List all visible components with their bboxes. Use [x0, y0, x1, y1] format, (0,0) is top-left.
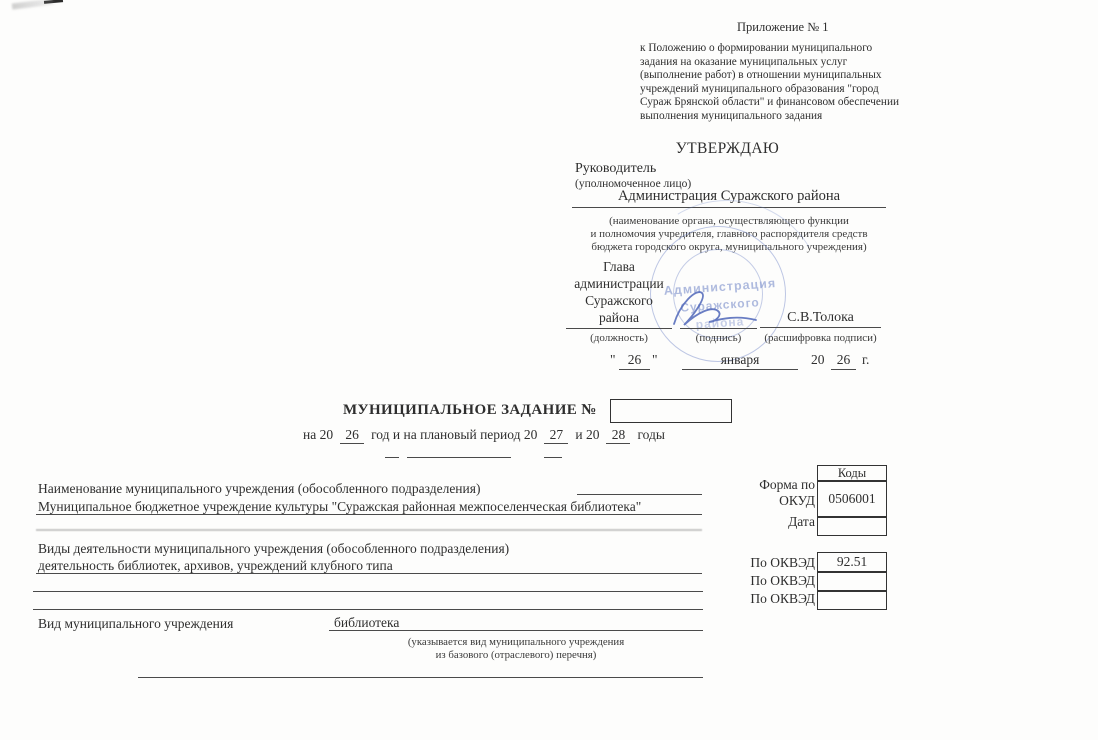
scanned-document-page: Приложение № 1 к Положению о формировани…	[0, 0, 1098, 740]
type-value: библиотека	[334, 615, 399, 631]
type-caption-line: (указывается вид муниципального учрежден…	[330, 636, 702, 649]
position-field: Глава администрации Суражского района	[566, 258, 672, 329]
date-code-label: Дата	[735, 514, 815, 530]
appendix-note-line: (выполнение работ) в отношении муниципал…	[640, 69, 952, 83]
task-number-box	[610, 399, 732, 423]
year2-field: 27	[544, 427, 568, 444]
bottom-blank-line	[138, 677, 703, 678]
approve-heading: УТВЕРЖДАЮ	[640, 140, 815, 158]
position-line: Суражского	[566, 292, 672, 309]
date-month-field: января	[682, 352, 798, 370]
okud-label-line: ОКУД	[735, 493, 815, 509]
okved-label: По ОКВЭД	[735, 591, 815, 607]
name-value: Муниципальное бюджетное учреждение культ…	[38, 499, 641, 515]
activity-label: Виды деятельности муниципального учрежде…	[38, 541, 509, 557]
name-underline	[36, 514, 702, 515]
okved-label: По ОКВЭД	[735, 573, 815, 589]
subtitle-prefix: на 20	[303, 427, 333, 443]
date-year-field: 26	[831, 352, 856, 370]
position-line: администрации	[566, 275, 672, 292]
appendix-note-line: выполнения муниципального задания	[640, 110, 952, 124]
type-caption-line: из базового (отраслевого) перечня)	[330, 649, 702, 662]
position-line: Глава	[566, 258, 672, 275]
stray-mark	[544, 457, 562, 458]
okved-value-cell: 92.51	[817, 552, 887, 572]
activity-underline	[36, 573, 702, 574]
appendix-note-line: учреждений муниципального образования "г…	[640, 83, 952, 97]
okved-value-cell	[817, 572, 887, 591]
subtitle-mid2: и 20	[575, 427, 599, 443]
date-suffix: г.	[862, 352, 869, 368]
date-century: 20	[811, 352, 825, 368]
type-underline	[329, 630, 703, 631]
position-line: района	[566, 309, 672, 326]
okved-value-cell	[817, 591, 887, 610]
date-value-cell	[817, 517, 887, 536]
sign-name-caption: (расшифровка подписи)	[748, 332, 893, 345]
codes-header-cell: Коды	[817, 465, 887, 481]
year3-field: 28	[606, 427, 630, 444]
okud-value-cell: 0506001	[817, 481, 887, 517]
name-label: Наименование муниципального учреждения (…	[38, 481, 480, 497]
document-title: МУНИЦИПАЛЬНОЕ ЗАДАНИЕ №	[343, 402, 597, 419]
subtitle-mid1: год и на плановый период 20	[371, 427, 537, 443]
activity-blank-line	[33, 609, 703, 610]
subtitle-suffix: годы	[637, 427, 665, 443]
sign-name-field: С.В.Толока	[760, 258, 881, 328]
appendix-title: Приложение № 1	[737, 20, 829, 35]
type-caption: (указывается вид муниципального учрежден…	[330, 636, 702, 662]
okud-label-line: Форма по	[735, 477, 815, 493]
appendix-note-line: задания на оказание муниципальных услуг	[640, 56, 952, 70]
smudge-line	[36, 529, 702, 531]
activity-value: деятельность библиотек, архивов, учрежде…	[38, 558, 393, 574]
okud-label: Форма по ОКУД	[735, 477, 815, 509]
stray-mark	[385, 457, 399, 458]
position-caption: (должность)	[566, 332, 672, 345]
appendix-note: к Положению о формировании муниципальног…	[640, 42, 952, 124]
scan-artifact-smudge	[12, 0, 54, 10]
signature-caption: (подпись)	[680, 332, 757, 345]
appendix-note-line: к Положению о формировании муниципальног…	[640, 42, 952, 56]
head-label: Руководитель	[575, 161, 656, 177]
date-quote-open: "	[610, 352, 616, 368]
stray-mark	[407, 457, 511, 458]
date-quote-close: "	[652, 352, 658, 368]
date-day-field: 26	[619, 352, 650, 370]
activity-blank-line	[33, 591, 703, 592]
appendix-note-line: Сураж Брянской области" и финансовом обе…	[640, 96, 952, 110]
document-subtitle: на 20 26 год и на плановый период 20 27 …	[303, 427, 665, 444]
okved-label: По ОКВЭД	[735, 555, 815, 571]
type-label: Вид муниципального учреждения	[38, 616, 233, 632]
signature-scribble	[666, 284, 766, 332]
name-label-extension-line	[577, 494, 702, 495]
year1-field: 26	[340, 427, 364, 444]
